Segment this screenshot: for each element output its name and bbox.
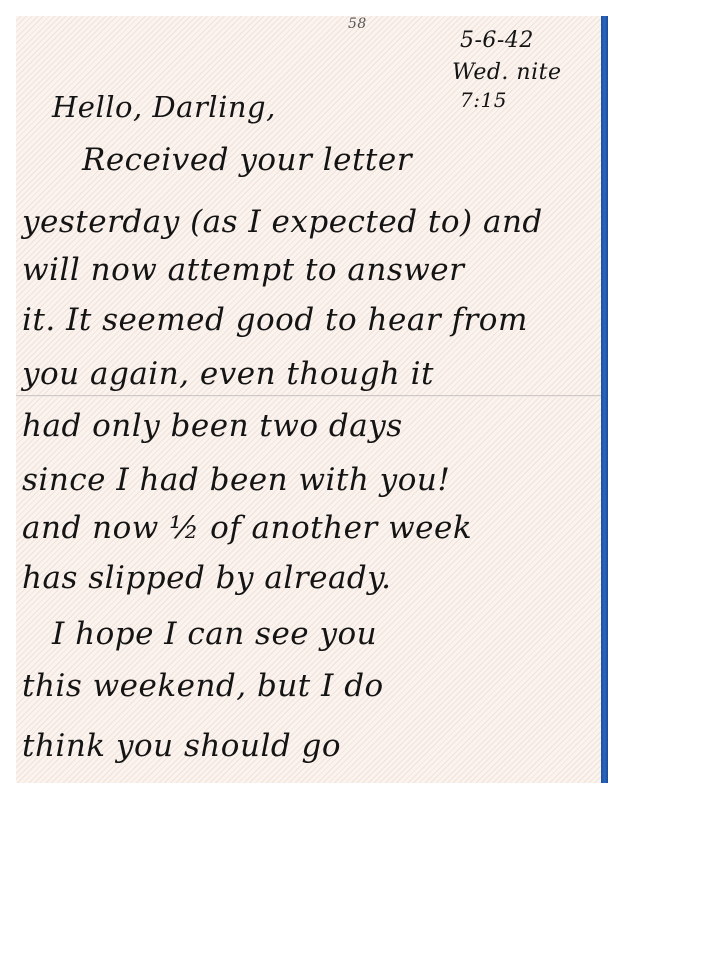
letter-date: 5-6-42	[460, 28, 534, 53]
letter-line: has slipped by already.	[22, 560, 392, 596]
letter-page: 58 5-6-42 Wed. nite 7:15 Hello, Darling,…	[16, 16, 601, 783]
letter-line: Received your letter	[82, 142, 412, 178]
letter-time: 7:15	[460, 88, 507, 112]
letter-line: had only been two days	[22, 408, 403, 444]
letter-line: I hope I can see you	[52, 616, 377, 652]
letter-line: and now ½ of another week	[22, 510, 472, 546]
fold-crease	[16, 395, 601, 397]
letter-line: this weekend, but I do	[22, 668, 384, 704]
letter-line: yesterday (as I expected to) and	[22, 204, 543, 240]
salutation: Hello, Darling,	[52, 90, 276, 124]
letter-line: you again, even though it	[22, 356, 434, 392]
letter-line: since I had been with you!	[22, 462, 450, 498]
letter-line: think you should go	[22, 728, 341, 764]
letter-line: will now attempt to answer	[22, 252, 464, 288]
letter-day: Wed. nite	[452, 60, 561, 85]
page-number-mark: 58	[348, 16, 367, 32]
blue-edge-strip	[601, 16, 608, 783]
letter-line: it. It seemed good to hear from	[22, 302, 528, 338]
